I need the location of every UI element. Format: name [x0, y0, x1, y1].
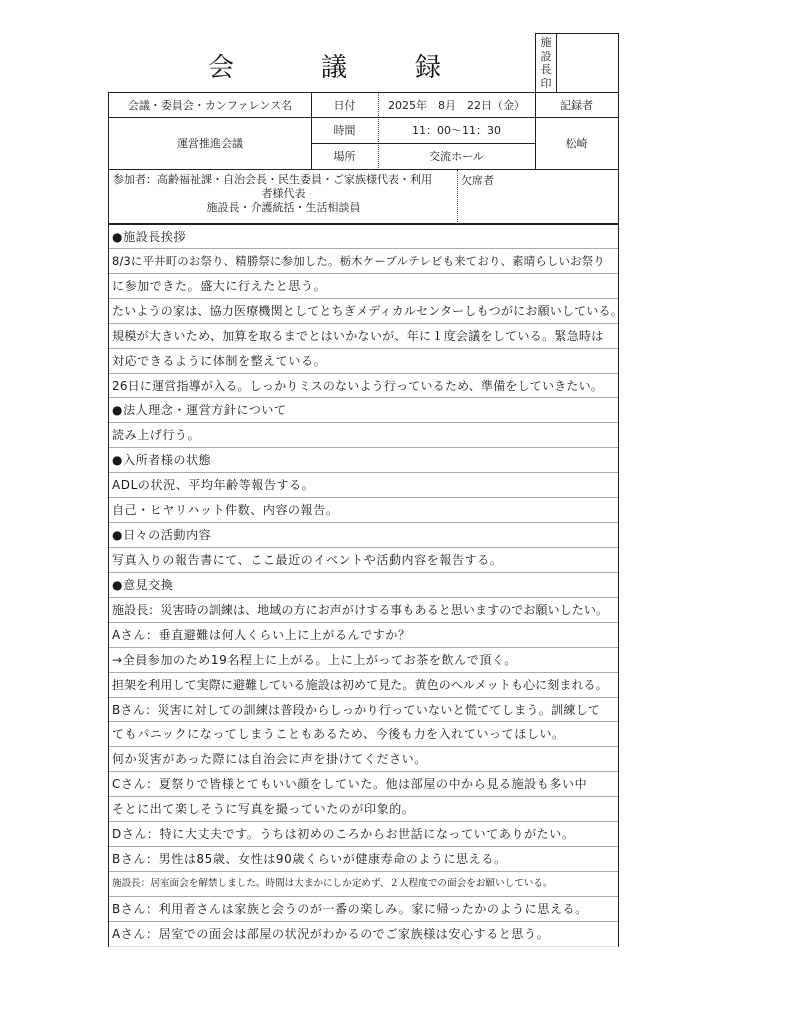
- section-heading: ●施設長挨拶: [109, 224, 618, 249]
- participants: 参加者：高齢福祉課・自治会長・民生委員・ご家族様代表・利用 者様代表 施設長・介…: [109, 170, 458, 224]
- date-value: 2025年 8月 22日（金）: [378, 93, 535, 117]
- stamp-label-char: 印: [536, 77, 556, 91]
- director-stamp-box: 施 設 長 印: [535, 33, 619, 92]
- minutes-line: 8/3に平井町のお祭り、精勝祭に参加した。栃木ケーブルテレビも来ており、素晴らし…: [109, 249, 618, 274]
- minutes-line: に参加できた。盛大に行えたと思う。: [109, 274, 618, 299]
- absent-label: 欠席者: [458, 170, 618, 224]
- date-label: 日付: [311, 93, 378, 117]
- section-heading: ●意見交換: [109, 573, 618, 598]
- minutes-line: 施設長：災害時の訓練は、地域の方にお声がけする事もあると思いますのでお願いしたい…: [109, 598, 618, 623]
- meeting-name-value: 運営推進会議: [109, 117, 311, 169]
- minutes-line: 26日に運営指導が入る。しっかりミスのないよう行っているため、準備をしていきたい…: [109, 374, 618, 399]
- minutes-line: 施設長：居室面会を解禁しました。時間は大まかにしか定めず、２人程度での面会をお願…: [109, 872, 618, 897]
- participants-line: 参加者：高齢福祉課・自治会長・民生委員・ご家族様代表・利用: [113, 173, 454, 187]
- recorder-label: 記録者: [535, 93, 618, 117]
- minutes-line: Bさん：災害に対しての訓練は普段からしっかり行っていないと慌ててしまう。訓練して: [109, 698, 618, 723]
- document-title: 会 議 録: [108, 34, 535, 92]
- section-heading: ●日々の活動内容: [109, 523, 618, 548]
- place-value: 交流ホール: [378, 143, 535, 169]
- stamp-label-char: 施: [536, 36, 556, 50]
- participants-line: 者様代表: [113, 187, 454, 201]
- minutes-line: Bさん：男性は85歳、女性は90歳くらいが健康寿命のように思える。: [109, 847, 618, 872]
- minutes-body: ●施設長挨拶 8/3に平井町のお祭り、精勝祭に参加した。栃木ケーブルテレビも来て…: [108, 224, 619, 947]
- meeting-name-label: 会議・委員会・カンファレンス名: [109, 93, 311, 117]
- minutes-line: Aさん：居室での面会は部屋の状況がわかるのでご家族様は安心すると思う。: [109, 922, 618, 947]
- minutes-line: 規模が大きいため、加算を取るまでとはいかないが、年に１度会議をしている。緊急時は: [109, 324, 618, 349]
- minutes-line: 自己・ヒヤリハット件数、内容の報告。: [109, 498, 618, 523]
- stamp-area: [557, 34, 618, 92]
- stamp-label-char: 長: [536, 63, 556, 77]
- minutes-line: Bさん：利用者さんは家族と会うのが一番の楽しみ。家に帰ったかのように思える。: [109, 897, 618, 922]
- minutes-line: 写真入りの報告書にて、ここ最近のイベントや活動内容を報告する。: [109, 548, 618, 573]
- minutes-line: ADLの状況、平均年齢等報告する。: [109, 473, 618, 498]
- minutes-line: Dさん：特に大丈夫です。うちは初めのころからお世話になっていてありがたい。: [109, 822, 618, 847]
- title-char: 会: [208, 47, 234, 84]
- minutes-line: 担架を利用して実際に避難している施設は初めて見た。黄色のヘルメットも心に刻まれる…: [109, 673, 618, 698]
- minutes-line: 対応できるように体制を整えている。: [109, 349, 618, 374]
- minutes-line: てもパニックになってしまうこともあるため、今後も力を入れていってほしい。: [109, 722, 618, 747]
- minutes-line: Aさん：垂直避難は何人くらい上に上がるんですか？: [109, 623, 618, 648]
- time-label: 時間: [311, 117, 378, 143]
- time-value: 11：00〜11：30: [378, 117, 535, 143]
- recorder-name: 松崎: [535, 117, 618, 169]
- minutes-line: Cさん：夏祭りで皆様とてもいい顔をしていた。他は部屋の中から見る施設も多い中: [109, 772, 618, 797]
- minutes-line: 何か災害があった際には自治会に声を掛けてください。: [109, 747, 618, 772]
- section-heading: ●法人理念・運営方針について: [109, 398, 618, 423]
- minutes-line: そとに出て楽しそうに写真を撮っていたのが印象的。: [109, 797, 618, 822]
- minutes-line: →全員参加のため19名程上に上がる。上に上がってお茶を飲んで頂く。: [109, 648, 618, 673]
- title-char: 議: [321, 47, 347, 84]
- participants-line: 施設長・介護統括・生活相談員: [113, 201, 454, 215]
- section-heading: ●入所者様の状態: [109, 448, 618, 473]
- stamp-label-char: 設: [536, 50, 556, 64]
- title-char: 録: [415, 47, 441, 84]
- minutes-line: 読み上げ行う。: [109, 423, 618, 448]
- place-label: 場所: [311, 143, 378, 169]
- stamp-label: 施 設 長 印: [536, 34, 557, 92]
- meeting-header-table: 会議・委員会・カンファレンス名 日付 2025年 8月 22日（金） 記録者 運…: [108, 92, 619, 224]
- minutes-line: たいようの家は、協力医療機関としてとちぎメディカルセンターしもつがにお願いしてい…: [109, 299, 618, 324]
